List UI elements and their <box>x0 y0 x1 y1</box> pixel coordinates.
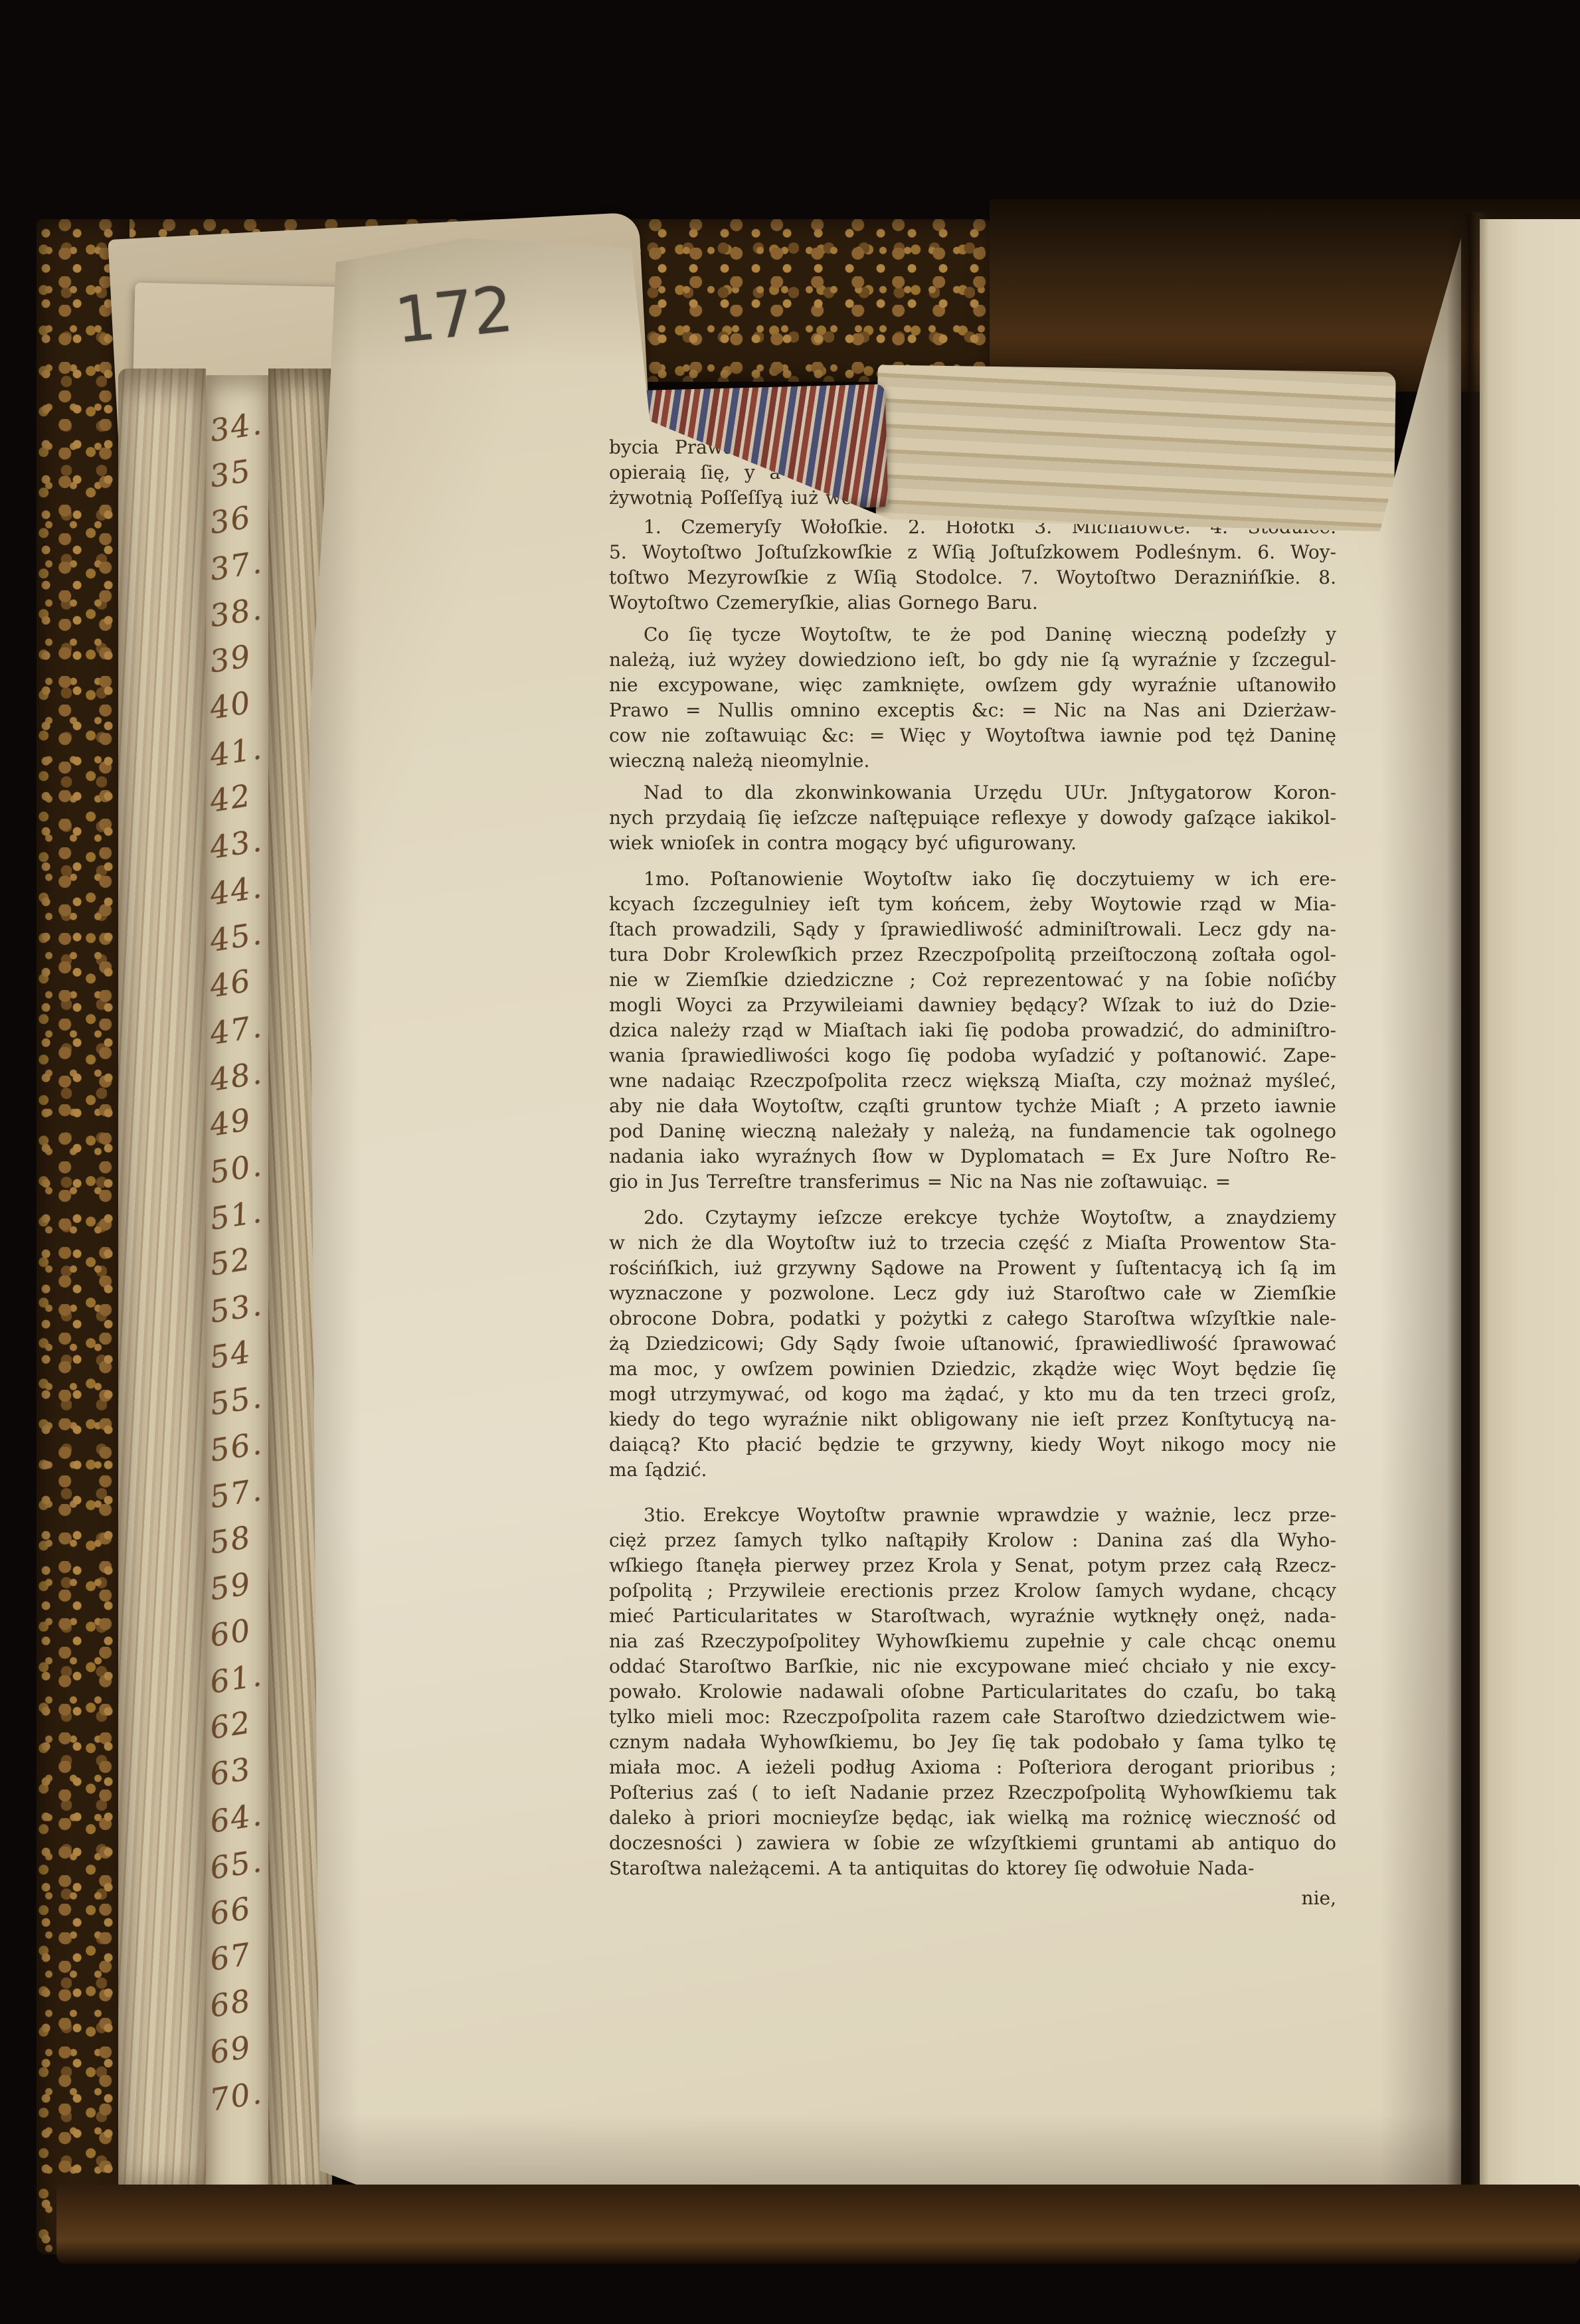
margin-number: 70. <box>208 2077 264 2116</box>
margin-number: 46 <box>208 965 254 1001</box>
margin-number: 61. <box>208 1659 264 1698</box>
margin-number: 43. <box>208 825 264 864</box>
text-line: miała moc. A ieżeli podług Axioma : Poſt… <box>609 1755 1336 1780</box>
margin-number: 62 <box>208 1707 254 1744</box>
text-line: nie excypowane, więc zamknięte, owſzem g… <box>609 673 1336 698</box>
margin-number: 36 <box>208 501 254 538</box>
margin-number: 52 <box>208 1243 254 1280</box>
page-stack-fore-edge-left <box>118 369 206 2201</box>
text-line: mogł utrzymywać, od kogo ma żądać, y kto… <box>609 1382 1336 1407</box>
text-line: Nad to dla zkonwinkowania Urzędu UUr. Jn… <box>609 780 1336 805</box>
margin-number: 54 <box>208 1336 254 1372</box>
margin-number: 68 <box>208 1985 254 2022</box>
text-line: 2do. Czytaymy ieſzcze erekcye tychże Woy… <box>609 1205 1336 1230</box>
catchword: nie, <box>1252 1886 1336 1911</box>
text-line: tylko mieli moc: Rzeczpoſpolita razem ca… <box>609 1704 1336 1730</box>
margin-number: 42 <box>208 780 254 816</box>
margin-number: 66 <box>208 1892 254 1929</box>
text-line: 1mo. Poſtanowienie Woytoſtw iako ſię doc… <box>609 867 1336 892</box>
text-line: mogli Woyci za Przywileiami dawniey będą… <box>609 993 1336 1018</box>
margin-number: 39 <box>208 641 254 677</box>
text-line: dzica należy rząd w Miaſtach iaki ſię po… <box>609 1018 1336 1043</box>
text-line: wania ſprawiedliwości kogo ſię podoba wy… <box>609 1043 1336 1068</box>
text-line: toſtwo Mezyrowſkie z Wſią Stodolce. 7. W… <box>609 565 1336 590</box>
text-line: wne nadaiąc Rzeczpoſpolita rzecz większą… <box>609 1068 1336 1094</box>
scanned-book-spread: 34.353637.38.394041.4243.44.45.4647.48.4… <box>0 0 1580 2324</box>
margin-number: 65. <box>208 1845 264 1884</box>
text-line: 5. Woytoſtwo Joſtuſzkowſkie z Wſią Joſtu… <box>609 540 1336 565</box>
text-line: gio in Jus Terreſtre transferimus = Nic … <box>609 1169 1336 1195</box>
margin-number: 58 <box>208 1521 254 1558</box>
margin-number: 69 <box>208 2031 254 2068</box>
text-line: nie w Ziemſkie dziedziczne ; Coż repreze… <box>609 967 1336 993</box>
paragraph: 2do. Czytaymy ieſzcze erekcye tychże Woy… <box>609 1205 1336 1483</box>
text-line: 3tio. Erekcye Woytoſtw prawnie wprawdzie… <box>609 1503 1336 1528</box>
paragraph: 3tio. Erekcye Woytoſtw prawnie wprawdzie… <box>609 1503 1336 1881</box>
margin-number: 47. <box>208 1011 264 1049</box>
text-line: ma ſądzić. <box>609 1457 1336 1483</box>
text-line: żą Dziedzicowi; Gdy Sądy ſwoie uſtanowić… <box>609 1331 1336 1357</box>
margin-number: 63 <box>208 1753 254 1789</box>
text-line: aby nie dała Woytoſtw, cząſti gruntow ty… <box>609 1094 1336 1119</box>
text-line: cow nie zoſtawuiąc &c: = Więc y Woytoſtw… <box>609 723 1336 748</box>
text-line: Prawo = Nullis omnino exceptis &c: = Nic… <box>609 698 1336 723</box>
gutter-shadow <box>1447 212 1489 2195</box>
printed-text-block: bycia Prawa dożywotniego w Osobie y Poſſ… <box>609 435 1336 1881</box>
paragraph: 1. Czemeryſy Wołoſkie. 2. Hołotki 3. Mic… <box>609 515 1336 616</box>
text-line: w nich że dla Woytoſtw iuż to trzecia cz… <box>609 1230 1336 1256</box>
margin-number: 60 <box>208 1614 254 1651</box>
margin-number: 53. <box>208 1289 264 1327</box>
text-line: nych przydaią ſię ieſzcze naſtępuiące re… <box>609 805 1336 831</box>
text-line: ma moc, y owſzem powinien Dziedzic, zkąd… <box>609 1357 1336 1382</box>
margin-number: 38. <box>208 593 264 631</box>
text-line: doczesności ) zawiera w ſobie ze wſzyſtk… <box>609 1831 1336 1856</box>
margin-number: 37. <box>208 547 264 586</box>
text-line: rościńſkich, iuż grzywny Sądowe na Prowe… <box>609 1256 1336 1281</box>
text-line: obrocone Dobra, podatki y pożytki z całe… <box>609 1306 1336 1331</box>
text-line: nia zaś Rzeczypoſpolitey Wyhowſkiemu zup… <box>609 1629 1336 1654</box>
margin-number: 67 <box>208 1939 254 1975</box>
text-line: wſkiego ſtanęła pierwey przez Krola y Se… <box>609 1553 1336 1578</box>
margin-number: 55. <box>208 1381 264 1420</box>
torn-page-edges-top-right <box>875 365 1396 545</box>
margin-number: 56. <box>208 1428 264 1466</box>
text-line: kiedy do tego wyraźnie nikt obligowany n… <box>609 1407 1336 1432</box>
text-line: wiek wnioſek in contra mogący być ufigur… <box>609 831 1336 856</box>
text-line: oddać Staroſtwo Barſkie, nic nie excypow… <box>609 1654 1336 1679</box>
margin-number: 51. <box>208 1196 264 1234</box>
text-line: ſtach prowadzili, Sądy y ſprawiedliwość … <box>609 917 1336 942</box>
pencil-page-number: 172 <box>393 278 515 353</box>
text-line: powało. Krolowie nadawali oſobne Particu… <box>609 1679 1336 1704</box>
paragraph: Nad to dla zkonwinkowania Urzędu UUr. Jn… <box>609 780 1336 856</box>
text-line: tura Dobr Krolewſkich przez Rzeczpoſpoli… <box>609 942 1336 967</box>
margin-numbers: 34.353637.38.394041.4243.44.45.4647.48.4… <box>210 412 264 2112</box>
margin-number: 44. <box>208 871 264 910</box>
margin-number: 34. <box>208 408 264 446</box>
margin-number: 59 <box>208 1568 254 1604</box>
margin-number: 35 <box>208 455 254 491</box>
margin-number: 45. <box>208 918 264 956</box>
text-line: Co ſię tycze Woytoſtw, te że pod Daninę … <box>609 622 1336 647</box>
margin-number: 48. <box>208 1057 264 1096</box>
facing-page-edge <box>1480 219 1580 2195</box>
text-line: daiącą? Kto płacić będzie te grzywny, ki… <box>609 1432 1336 1457</box>
text-line: wyznaczone y pozwolone. Lecz gdy iuż Sta… <box>609 1281 1336 1306</box>
book-cover-bottom-edge <box>56 2185 1580 2264</box>
text-line: Staroſtwa należącemi. A ta antiquitas do… <box>609 1856 1336 1881</box>
text-line: cięż przez ſamych tylko naſtąpiły Krolow… <box>609 1528 1336 1553</box>
margin-number: 41. <box>208 732 264 771</box>
paragraph: 1mo. Poſtanowienie Woytoſtw iako ſię doc… <box>609 867 1336 1195</box>
margin-number: 40 <box>208 687 254 723</box>
margin-number-strip: 34.353637.38.394041.4243.44.45.4647.48.4… <box>206 375 273 2214</box>
text-line: kcyach ſzczegulniey ieſt tym końcem, żeb… <box>609 892 1336 917</box>
margin-number: 57. <box>208 1474 264 1513</box>
text-line: należą, iuż wyżey dowiedziono ieſt, bo g… <box>609 647 1336 673</box>
text-line: pod Daninę wieczną należały y należą, na… <box>609 1119 1336 1144</box>
margin-number: 50. <box>208 1149 264 1188</box>
text-line: nadania iako wyraźnych ſłow w Dyplomatac… <box>609 1144 1336 1169</box>
paragraph: Co ſię tycze Woytoſtw, te że pod Daninę … <box>609 622 1336 774</box>
margin-number: 64. <box>208 1799 264 1837</box>
margin-number: 49 <box>208 1104 254 1141</box>
book-cover-marbled-left <box>37 219 130 2254</box>
text-line: cznym nadała Wyhowſkiemu, bo Jey ſię tak… <box>609 1730 1336 1755</box>
text-line: wieczną należą nieomylnie. <box>609 748 1336 774</box>
text-line: Poſterius zaś ( to ieſt Nadanie przez Rz… <box>609 1780 1336 1805</box>
text-line: daleko à priori mocnieyſze będąc, iak wi… <box>609 1805 1336 1831</box>
text-line: mieć Particularitates w Staroſtwach, wyr… <box>609 1604 1336 1629</box>
text-line: poſpolitą ; Przywileie erectionis przez … <box>609 1578 1336 1604</box>
text-line: Woytoſtwo Czemeryſkie, alias Gornego Bar… <box>609 590 1336 616</box>
